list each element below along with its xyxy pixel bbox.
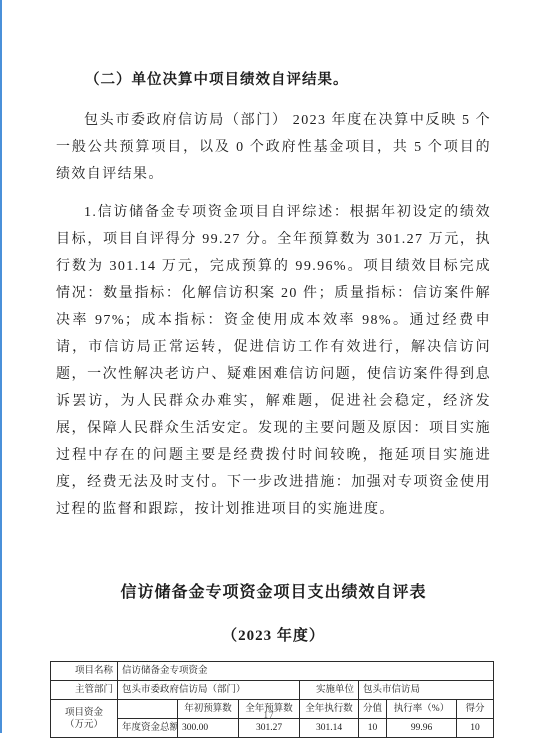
annual-execution-value: 301.14	[300, 719, 359, 738]
dept-label: 主管部门	[51, 681, 118, 700]
document-page: （二）单位决算中项目绩效自评结果。 包头市委政府信访局（部门） 2023 年度在…	[56, 70, 491, 738]
window-edge-accent-line	[0, 0, 2, 733]
impl-unit-value: 包头市信访局	[359, 681, 494, 700]
page-number: 17	[0, 710, 538, 720]
performance-evaluation-table: 项目名称 信访储备金专项资金 主管部门 包头市委政府信访局（部门） 实施单位 包…	[50, 661, 494, 738]
score-cell: 10	[457, 719, 494, 738]
project-name-value: 信访储备金专项资金	[118, 662, 494, 681]
project-name-label: 项目名称	[51, 662, 118, 681]
evaluation-table-year: （2023 年度）	[56, 624, 491, 645]
annual-budget-value: 301.27	[239, 719, 300, 738]
table-row: 主管部门 包头市委政府信访局（部门） 实施单位 包头市信访局	[51, 681, 494, 700]
annual-funds-total-label: 年度资金总额	[118, 719, 178, 738]
initial-budget-value: 300.00	[178, 719, 239, 738]
table-row: 项目名称 信访储备金专项资金	[51, 662, 494, 681]
project-funds-label-line2: （万元）	[55, 719, 113, 731]
self-evaluation-paragraph: 1.信访储备金专项资金项目自评综述：根据年初设定的绩效目标，项目自评得分 99.…	[56, 199, 491, 523]
dept-value: 包头市委政府信访局（部门）	[118, 681, 300, 700]
summary-paragraph: 包头市委政府信访局（部门） 2023 年度在决算中反映 5 个一般公共预算项目，…	[56, 107, 491, 188]
impl-unit-label: 实施单位	[300, 681, 359, 700]
section-heading: （二）单位决算中项目绩效自评结果。	[56, 70, 491, 90]
table-row: 年度资金总额 300.00 301.27 301.14 10 99.96 10	[51, 719, 494, 738]
score-value-cell: 10	[359, 719, 387, 738]
evaluation-table-title: 信访储备金专项资金项目支出绩效自评表	[56, 579, 491, 602]
execution-rate-value: 99.96	[387, 719, 457, 738]
